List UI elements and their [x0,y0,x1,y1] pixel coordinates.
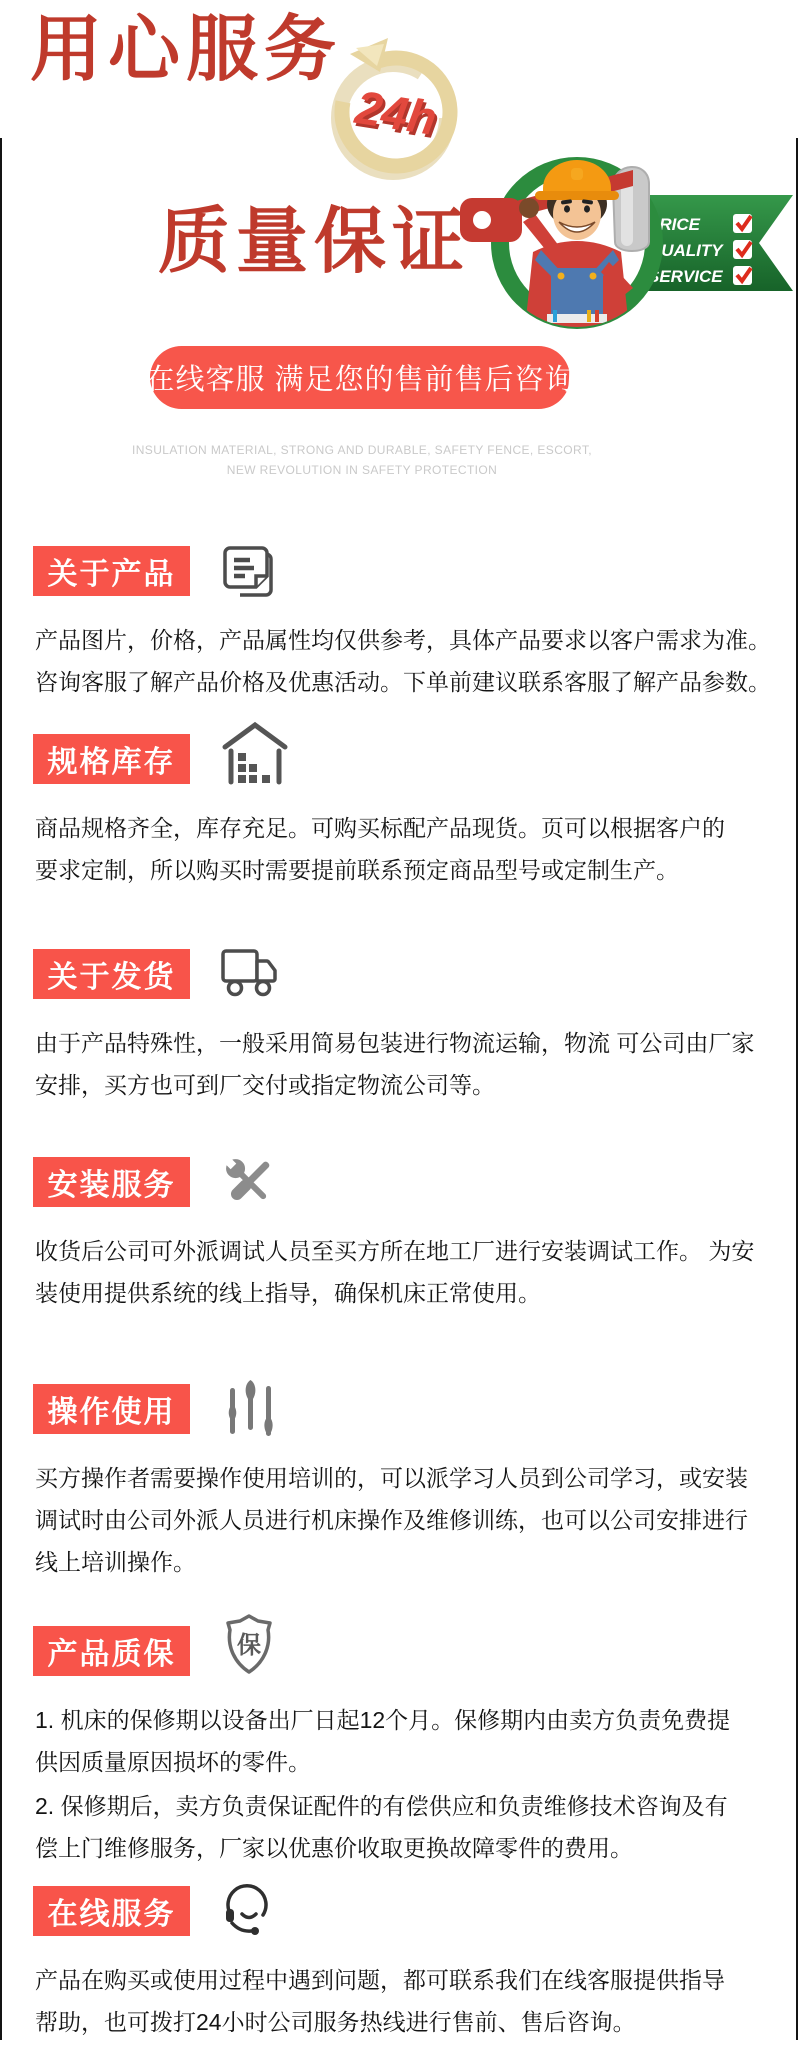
levers-icon [218,1378,280,1440]
section-online-service: 在线服务 产品在购买或使用过程中遇到问题，都可联系我们在线客服提供指导 帮助，也… [33,1885,772,2043]
ribbon-checkboxes [733,214,752,285]
english-subtitle-line2: NEW REVOLUTION IN SAFETY PROTECTION [0,460,724,480]
section-title-badge: 操作使用 [33,1384,190,1434]
banner-text: 在线客服 满足您的售前售后咨询 [145,357,574,398]
section-title-badge: 安装服务 [33,1157,190,1207]
section-about-product: 关于产品 产品图片，价格，产品属性均仅供参考，具体产品要求以客户需求为准。 咨询… [33,545,772,703]
tools-icon [218,1151,280,1213]
truck-icon [218,945,284,1003]
shield-glyph: 保 [237,1631,261,1659]
section-title-badge: 规格库存 [33,734,190,784]
promo-page: 用心服务 质量保证 24h 24h PRICE QUALITY SERVICE [0,0,800,2064]
section-warranty: 产品质保 保 1. 机床的保修期以设备出厂日起12个月。保修期内由卖方负责免费提… [33,1625,772,1869]
english-subtitle: INSULATION MATERIAL, STRONG AND DURABLE,… [0,440,724,480]
section-body: 产品图片，价格，产品属性均仅供参考，具体产品要求以客户需求为准。 咨询客服了解产… [35,619,772,703]
section-body: 2. 保修期后，卖方负责保证配件的有偿供应和负责维修技术咨询及有 偿上门维修服务… [35,1785,772,1869]
section-body: 产品在购买或使用过程中遇到问题，都可联系我们在线客服提供指导 帮助，也可拨打24… [35,1959,772,2043]
section-body: 买方操作者需要操作使用培训的，可以派学习人员到公司学习，或安装 调试时由公司外派… [35,1457,772,1583]
right-border-line [796,138,798,2040]
section-title-badge: 在线服务 [33,1886,190,1936]
warehouse-icon [218,720,292,786]
section-title-badge: 关于发货 [33,949,190,999]
section-specs-stock: 规格库存 商品规格齐全，库存充足。可购买标配产品现货。页可以根据客户的 要求定制… [33,733,772,891]
headset-icon [218,1881,280,1941]
shield-icon: 保 [218,1613,280,1681]
document-icon [218,540,282,602]
section-body: 商品规格齐全，库存充足。可购买标配产品现货。页可以根据客户的 要求定制，所以购买… [35,807,772,891]
section-shipping: 关于发货 由于产品特殊性，一般采用简易包装进行物流运输，物流 可公司由厂家 安排… [33,948,772,1106]
section-body: 收货后公司可外派调试人员至买方所在地工厂进行安装调试工作。 为安 装使用提供系统… [35,1230,772,1314]
section-operation: 操作使用 买方操作者需要操作使用培训的，可以派学习人员到公司学习，或安装 调试时… [33,1383,772,1583]
left-border-line [0,138,2,2040]
section-body: 由于产品特殊性，一般采用简易包装进行物流运输，物流 可公司由厂家 安排，买方也可… [35,1022,772,1106]
section-title-badge: 关于产品 [33,546,190,596]
mascot-worker-illustration: PRICE QUALITY SERVICE [437,112,800,340]
header-title-service: 用心服务 [30,14,342,86]
online-service-banner: 在线客服 满足您的售前售后咨询 [150,346,570,409]
header-title-quality: 质量保证 [158,206,470,278]
section-title-badge: 产品质保 [33,1626,190,1676]
ribbon-label-service: SERVICE [648,267,723,286]
english-subtitle-line1: INSULATION MATERIAL, STRONG AND DURABLE,… [0,440,724,460]
section-body: 1. 机床的保修期以设备出厂日起12个月。保修期内由卖方负责免费提 供因质量原因… [35,1699,772,1783]
section-installation: 安装服务 收货后公司可外派调试人员至买方所在地工厂进行安装调试工作。 为安 装使… [33,1156,772,1314]
